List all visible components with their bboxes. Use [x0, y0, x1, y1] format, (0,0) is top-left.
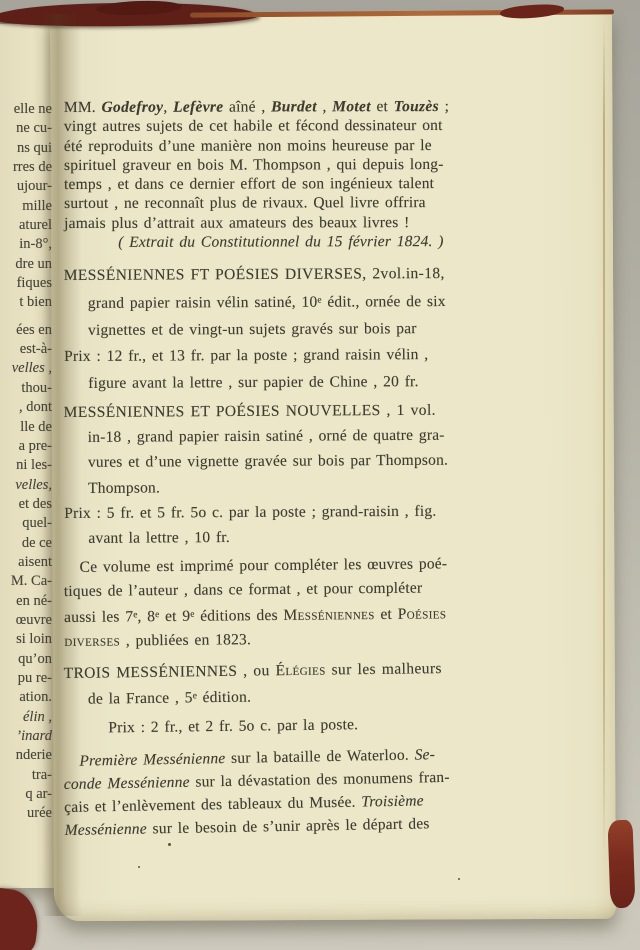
fragment-line: ées en: [0, 321, 52, 340]
text-segment: ;: [439, 98, 449, 115]
publisher-note-paragraph: MM. Godefroy, Lefèvre aîné , Burdet , Mo…: [64, 97, 550, 253]
text-line: été reproduits d’une manière non moins h…: [64, 135, 550, 156]
paragraph-ce-volume: Ce volume est imprimé pour compléter les…: [64, 551, 551, 654]
text-segment: Touzès: [394, 98, 439, 115]
text-segment: Poésies: [398, 605, 447, 622]
text-segment: grand papier raisin vélin satiné, 10: [88, 294, 318, 312]
text-line: figure avant la lettre , sur papier de C…: [64, 368, 550, 397]
text-segment: et: [375, 605, 398, 622]
text-segment: et 9: [159, 607, 190, 624]
paper-speck: [138, 866, 140, 868]
text-segment: vingt autres sujets de cet habile et féc…: [64, 117, 443, 135]
text-segment: MESSÉNIENNES ET POÉSIES NOUVELLES , 1 vo…: [64, 402, 436, 421]
page-right-edge: [603, 22, 605, 862]
fragment-line: thou-: [0, 379, 52, 398]
entry-trois-messeniennes: TROIS MESSÉNIENNES , ou Élégies sur les …: [63, 654, 550, 740]
text-line: aussi les 7e, 8e et 9e éditions des Mess…: [64, 599, 550, 630]
text-segment: , publiées en 1823.: [120, 631, 251, 649]
text-line: vingt autres sujets de cet habile et féc…: [64, 116, 550, 137]
fragment-line: mille: [0, 197, 52, 216]
fragment-line: ne cu-: [0, 119, 52, 138]
text-line: Thompson.: [64, 473, 550, 501]
text-line: de la France , 5e édition.: [64, 679, 550, 711]
text-segment: temps , et dans ce dernier effort de son…: [64, 175, 434, 193]
fragment-line: a pre-: [0, 437, 52, 456]
text-segment: diverses: [64, 632, 120, 650]
text-line: vignettes et de vingt-un sujets gravés s…: [64, 316, 550, 345]
text-line: MESSÉNIENNES ET POÉSIES NOUVELLES , 1 vo…: [64, 397, 550, 425]
text-segment: édit., ornée de six: [322, 294, 446, 312]
text-line: Prix : 12 fr., et 13 fr. par la poste ; …: [64, 342, 550, 371]
fragment-line: aturel: [0, 216, 52, 235]
cover-edge-bottom-right: [607, 820, 635, 909]
text-segment: Élégies: [275, 661, 325, 679]
text-segment: spirituel graveur en bois M. Thompson , …: [64, 156, 444, 174]
text-segment: aîné ,: [223, 98, 271, 115]
fragment-line: elle ne: [0, 100, 52, 119]
book-photo: elle nene cu-ns quirres deujour-milleatu…: [0, 0, 640, 950]
text-line: MESSÉNIENNES FT POÉSIES DIVERSES, 2vol.i…: [64, 261, 550, 290]
text-line: spirituel graveur en bois M. Thompson , …: [64, 155, 550, 176]
text-segment: figure avant la lettre , sur papier de C…: [88, 373, 418, 392]
entry-messeniennes-et-poesies-nouvelles: MESSÉNIENNES ET POÉSIES NOUVELLES , 1 vo…: [64, 397, 551, 551]
fragment-line: nderie: [0, 746, 52, 765]
text-line: surtout , ne reconnaît plus de rivaux. Q…: [64, 193, 550, 214]
text-segment: Motet: [332, 98, 371, 115]
fragment-line: en né-: [0, 592, 52, 611]
fragment-line: œuvre: [0, 611, 52, 630]
text-segment: ,: [163, 99, 173, 116]
text-segment: de la France , 5: [88, 689, 193, 707]
text-segment: sur le besoin de s’unir après le départ …: [147, 815, 430, 837]
text-segment: et: [371, 98, 394, 115]
fragment-line: ns qui: [0, 139, 52, 158]
fragment-line: de ce: [0, 534, 52, 553]
text-segment: vures et d’une vignette gravée sur bois …: [88, 452, 448, 471]
fragment-line: urée: [0, 804, 52, 823]
text-line: ( Extrait du Constitutionnel du 15 févri…: [64, 232, 550, 253]
facing-page-fragments: elle nene cu-ns quirres deujour-milleatu…: [0, 100, 54, 860]
text-segment: Troisième: [361, 792, 424, 810]
fragment-line: rres de: [0, 158, 52, 177]
text-segment: Messéniennes: [283, 606, 374, 624]
fragment-line: pu re-: [0, 669, 52, 688]
fragment-line: t bien: [0, 293, 52, 312]
text-segment: MESSÉNIENNES FT POÉSIES DIVERSES, 2vol.i…: [64, 265, 445, 284]
text-segment: surtout , ne reconnaît plus de rivaux. Q…: [64, 195, 426, 213]
text-line: avant la lettre , 10 fr.: [64, 523, 550, 551]
fragment-line: dre un: [0, 255, 52, 274]
text-segment: Prix : 12 fr., et 13 fr. par la poste ; …: [64, 347, 428, 366]
text-segment: jamais plus d’attrait aux amateurs des b…: [64, 214, 409, 232]
text-segment: Prix : 2 fr., et 2 fr. 5o c. par la post…: [108, 716, 358, 736]
fragment-line: velles,: [0, 476, 52, 495]
text-segment: Ce volume est imprimé pour compléter les…: [80, 555, 448, 576]
text-segment: ( Extrait du Constitutionnel du 15 févri…: [118, 233, 443, 251]
text-segment: Lefèvre: [173, 99, 223, 116]
fragment-line: velles ,: [0, 359, 52, 378]
entry-messeniennes-et-poesies-diverses: MESSÉNIENNES FT POÉSIES DIVERSES, 2vol.i…: [64, 261, 551, 398]
fragment-line: , dont: [0, 398, 52, 417]
text-line: diverses , publiées en 1823.: [64, 625, 550, 654]
fragment-line: est-à-: [0, 340, 52, 359]
text-segment: Messénienne: [64, 820, 147, 839]
text-line: grand papier raisin vélin satiné, 10e éd…: [64, 287, 550, 318]
text-segment: Première Messénienne: [79, 750, 225, 770]
text-segment: Godefroy: [102, 99, 164, 116]
fragment-line: ation.: [0, 688, 52, 707]
text-line: Prix : 2 fr., et 2 fr. 5o c. par la post…: [64, 709, 550, 740]
text-segment: sur la bataille de Waterloo.: [225, 746, 415, 766]
paper-speck: [168, 843, 171, 846]
fragment-line: fiques: [0, 274, 52, 293]
text-line: jamais plus d’attrait aux amateurs des b…: [64, 213, 550, 234]
fragment-line: ni les-: [0, 456, 52, 475]
fragment-line: ujour-: [0, 177, 52, 196]
fragment-line: élin ,: [0, 708, 52, 727]
text-line: in-18 , grand papier raisin satiné , orn…: [64, 423, 550, 451]
text-segment: Prix : 5 fr. et 5 fr. 5o c. par la poste…: [64, 503, 436, 522]
fragment-line: ’inard: [0, 727, 52, 746]
text-segment: Thompson.: [88, 479, 160, 496]
text-segment: , 8: [137, 608, 155, 625]
text-line: Prix : 5 fr. et 5 fr. 5o c. par la poste…: [64, 498, 550, 526]
text-segment: éditions des: [194, 607, 283, 625]
text-segment: MM.: [64, 99, 102, 116]
fragment-line: quel-: [0, 514, 52, 533]
fragment-line: lle de: [0, 418, 52, 437]
fragment-line: et des: [0, 495, 52, 514]
fragment-line: M. Ca-: [0, 572, 52, 591]
paper-speck: [458, 878, 460, 880]
text-segment: conde Messénienne: [64, 773, 190, 792]
text-segment: sur les malheurs: [326, 660, 442, 679]
fragment-line: qu’on: [0, 650, 52, 669]
text-segment: çais et l’enlèvement des tableaux du Mus…: [64, 793, 361, 815]
fragment-line: si loin: [0, 630, 52, 649]
page-text: MM. Godefroy, Lefèvre aîné , Burdet , Mo…: [64, 98, 550, 842]
text-line: MM. Godefroy, Lefèvre aîné , Burdet , Mo…: [64, 97, 550, 118]
text-segment: été reproduits d’une manière non moins h…: [64, 137, 432, 155]
fragment-line: tra-: [0, 766, 52, 785]
text-segment: tiques de l’auteur , dans ce format , et…: [64, 579, 423, 599]
text-segment: aussi les 7: [64, 608, 133, 626]
fragment-line: aisent: [0, 553, 52, 572]
text-segment: Se-: [414, 746, 435, 763]
text-segment: ,: [317, 98, 332, 115]
paragraph-trois-messeniennes-detail: Première Messénienne sur la bataille de …: [63, 741, 551, 842]
text-segment: avant la lettre , 10 fr.: [88, 529, 230, 547]
fragment-line: in-8°,: [0, 235, 52, 254]
text-line: temps , et dans ce dernier effort de son…: [64, 174, 550, 195]
text-segment: vignettes et de vingt-un sujets gravés s…: [88, 320, 417, 339]
text-line: vures et d’une vignette gravée sur bois …: [64, 448, 550, 476]
cover-corner-bottom-left: [0, 887, 42, 950]
fragment-line: q ar-: [0, 785, 52, 804]
text-segment: sur la dévastation des monumens fran-: [190, 769, 450, 791]
text-segment: Burdet: [271, 98, 317, 115]
text-segment: in-18 , grand papier raisin satiné , orn…: [88, 427, 445, 446]
text-segment: édition.: [197, 688, 251, 706]
text-segment: TROIS MESSÉNIENNES , ou: [64, 662, 276, 682]
